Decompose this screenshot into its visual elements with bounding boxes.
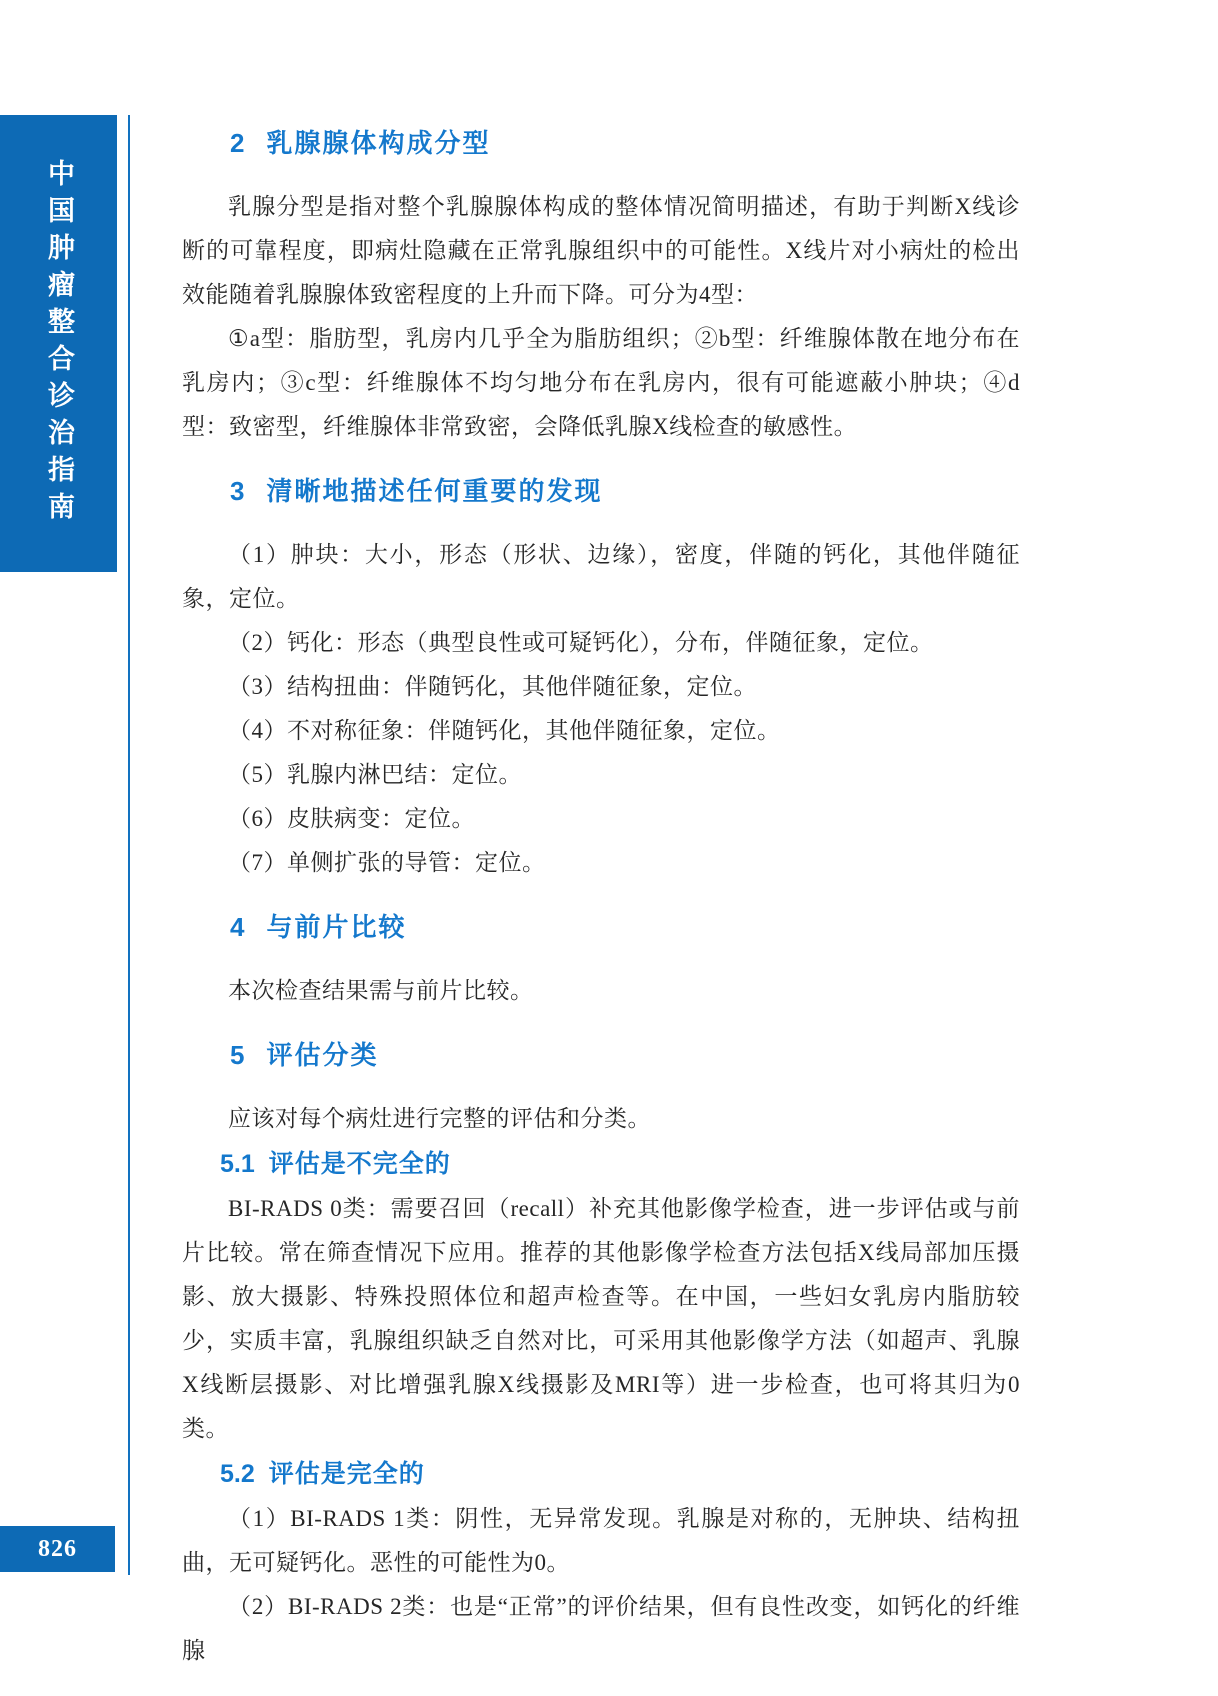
book-title-vertical-text: 中国肿瘤整合诊治指南 (45, 159, 72, 529)
section-number: 2 (230, 128, 244, 158)
page-number-badge: 826 (0, 1526, 115, 1572)
list-item: （2）钙化：形态（典型良性或可疑钙化），分布，伴随征象，定位。 (182, 621, 1020, 665)
list-item: （1）肿块：大小，形态（形状、边缘），密度，伴随的钙化，其他伴随征象，定位。 (182, 533, 1020, 621)
list-item: （4）不对称征象：伴随钙化，其他伴随征象，定位。 (182, 709, 1020, 753)
subsection-title: 评估是完全的 (269, 1460, 425, 1488)
list-item: （1）BI-RADS 1类：阴性，无异常发现。乳腺是对称的，无肿块、结构扭曲，无… (182, 1497, 1020, 1585)
section-heading-4: 4与前片比较 (182, 909, 1020, 945)
subsection-number: 5.2 (220, 1460, 255, 1488)
page-number: 826 (38, 1536, 77, 1563)
section-number: 5 (230, 1040, 244, 1070)
book-title-banner: 中国肿瘤整合诊治指南 (0, 115, 117, 572)
subsection-title: 评估是不完全的 (269, 1150, 451, 1178)
paragraph: 乳腺分型是指对整个乳腺腺体构成的整体情况简明描述，有助于判断X线诊断的可靠程度，… (182, 185, 1020, 317)
list-item: （2）BI-RADS 2类：也是“正常”的评价结果，但有良性改变，如钙化的纤维腺 (182, 1585, 1020, 1673)
main-content: 2乳腺腺体构成分型 乳腺分型是指对整个乳腺腺体构成的整体情况简明描述，有助于判断… (182, 0, 1020, 1673)
section-heading-3: 3清晰地描述任何重要的发现 (182, 473, 1020, 509)
section-heading-2: 2乳腺腺体构成分型 (182, 125, 1020, 161)
paragraph: BI-RADS 0类：需要召回（recall）补充其他影像学检查，进一步评估或与… (182, 1187, 1020, 1451)
list-item: （5）乳腺内淋巴结：定位。 (182, 753, 1020, 797)
list-item: （3）结构扭曲：伴随钙化，其他伴随征象，定位。 (182, 665, 1020, 709)
section-title: 清晰地描述任何重要的发现 (266, 476, 602, 506)
list-item: （7）单侧扩张的导管：定位。 (182, 841, 1020, 885)
paragraph: 本次检查结果需与前片比较。 (182, 969, 1020, 1013)
section-title: 与前片比较 (266, 912, 406, 942)
section-title: 评估分类 (266, 1040, 378, 1070)
subsection-heading-5-2: 5.2评估是完全的 (182, 1457, 1020, 1491)
vertical-divider (128, 115, 130, 1575)
section-heading-5: 5评估分类 (182, 1037, 1020, 1073)
subsection-heading-5-1: 5.1评估是不完全的 (182, 1147, 1020, 1181)
section-number: 4 (230, 912, 244, 942)
list-item: （6）皮肤病变：定位。 (182, 797, 1020, 841)
subsection-number: 5.1 (220, 1150, 255, 1178)
section-number: 3 (230, 476, 244, 506)
paragraph: ①a型：脂肪型，乳房内几乎全为脂肪组织；②b型：纤维腺体散在地分布在乳房内；③c… (182, 317, 1020, 449)
paragraph: 应该对每个病灶进行完整的评估和分类。 (182, 1097, 1020, 1141)
section-title: 乳腺腺体构成分型 (266, 128, 490, 158)
